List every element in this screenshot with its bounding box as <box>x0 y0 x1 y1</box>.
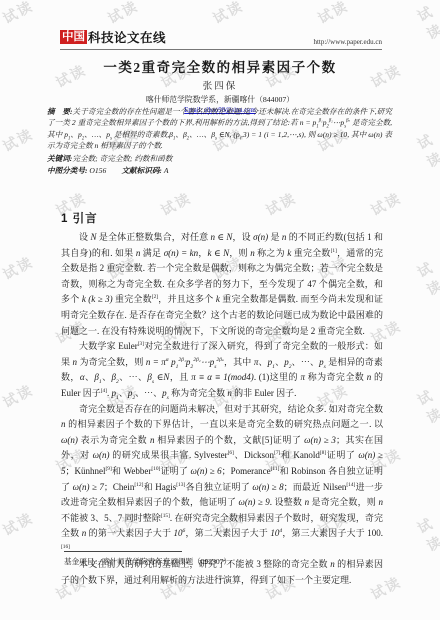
abstract-block: 摘 要:关于奇完全数的存在性问题是一个著名的数论难题,迄今还未解决.在奇完全数存… <box>47 106 392 176</box>
body-paragraph: 设 N 是全体正整数集合，对任意 n ∈ N，设 σ(n) 是 n 的不同正约数… <box>61 230 383 339</box>
introduction-body: 设 N 是全体正整数集合，对任意 n ∈ N，设 σ(n) 是 n 的不同正约数… <box>61 230 383 589</box>
site-url: http://www.paper.edu.cn <box>313 38 382 46</box>
author-name: 张四保 <box>0 78 440 92</box>
author-affiliation: 喀什师范学院数学系，新疆喀什（844007） <box>0 94 440 105</box>
clc-line: 中图分类号: O156 文献标识码: A <box>47 165 392 176</box>
paper-page: { "page": { "watermark": "试读", "page_num… <box>0 0 440 620</box>
fund-note: 基金项目：喀什师范学院青年专项课题（092307） <box>64 556 231 567</box>
abstract-text: 摘 要:关于奇完全数的存在性问题是一个著名的数论难题,迄今还未解决.在奇完全数存… <box>47 106 392 152</box>
logo-text: 科技论文在线 <box>88 28 166 46</box>
keywords-line: 关键词:完全数; 奇完全数; 约数和函数 <box>47 153 392 164</box>
body-paragraph: 大数学家 Euler[3]对完全数进行了深入研究，得到了奇完全数的一般形式：如果… <box>61 339 383 401</box>
site-header: 中国 科技论文在线 http://www.paper.edu.cn <box>60 28 382 50</box>
logo-cn-badge: 中国 <box>60 30 87 44</box>
page-number: -1- <box>0 574 440 582</box>
site-logo: 中国 科技论文在线 <box>60 28 166 46</box>
footnote-divider <box>64 551 182 552</box>
section-heading-introduction: 1 引言 <box>61 210 98 226</box>
body-paragraph: 奇完全数是否存在的问题尚未解决，但对于其研究，结论众多. 如对奇完全数 n 的相… <box>61 402 383 558</box>
paper-title: 一类2重奇完全数的相异素因子个数 <box>0 56 440 76</box>
paper-content: 中国 科技论文在线 http://www.paper.edu.cn 一类2重奇完… <box>0 0 440 620</box>
